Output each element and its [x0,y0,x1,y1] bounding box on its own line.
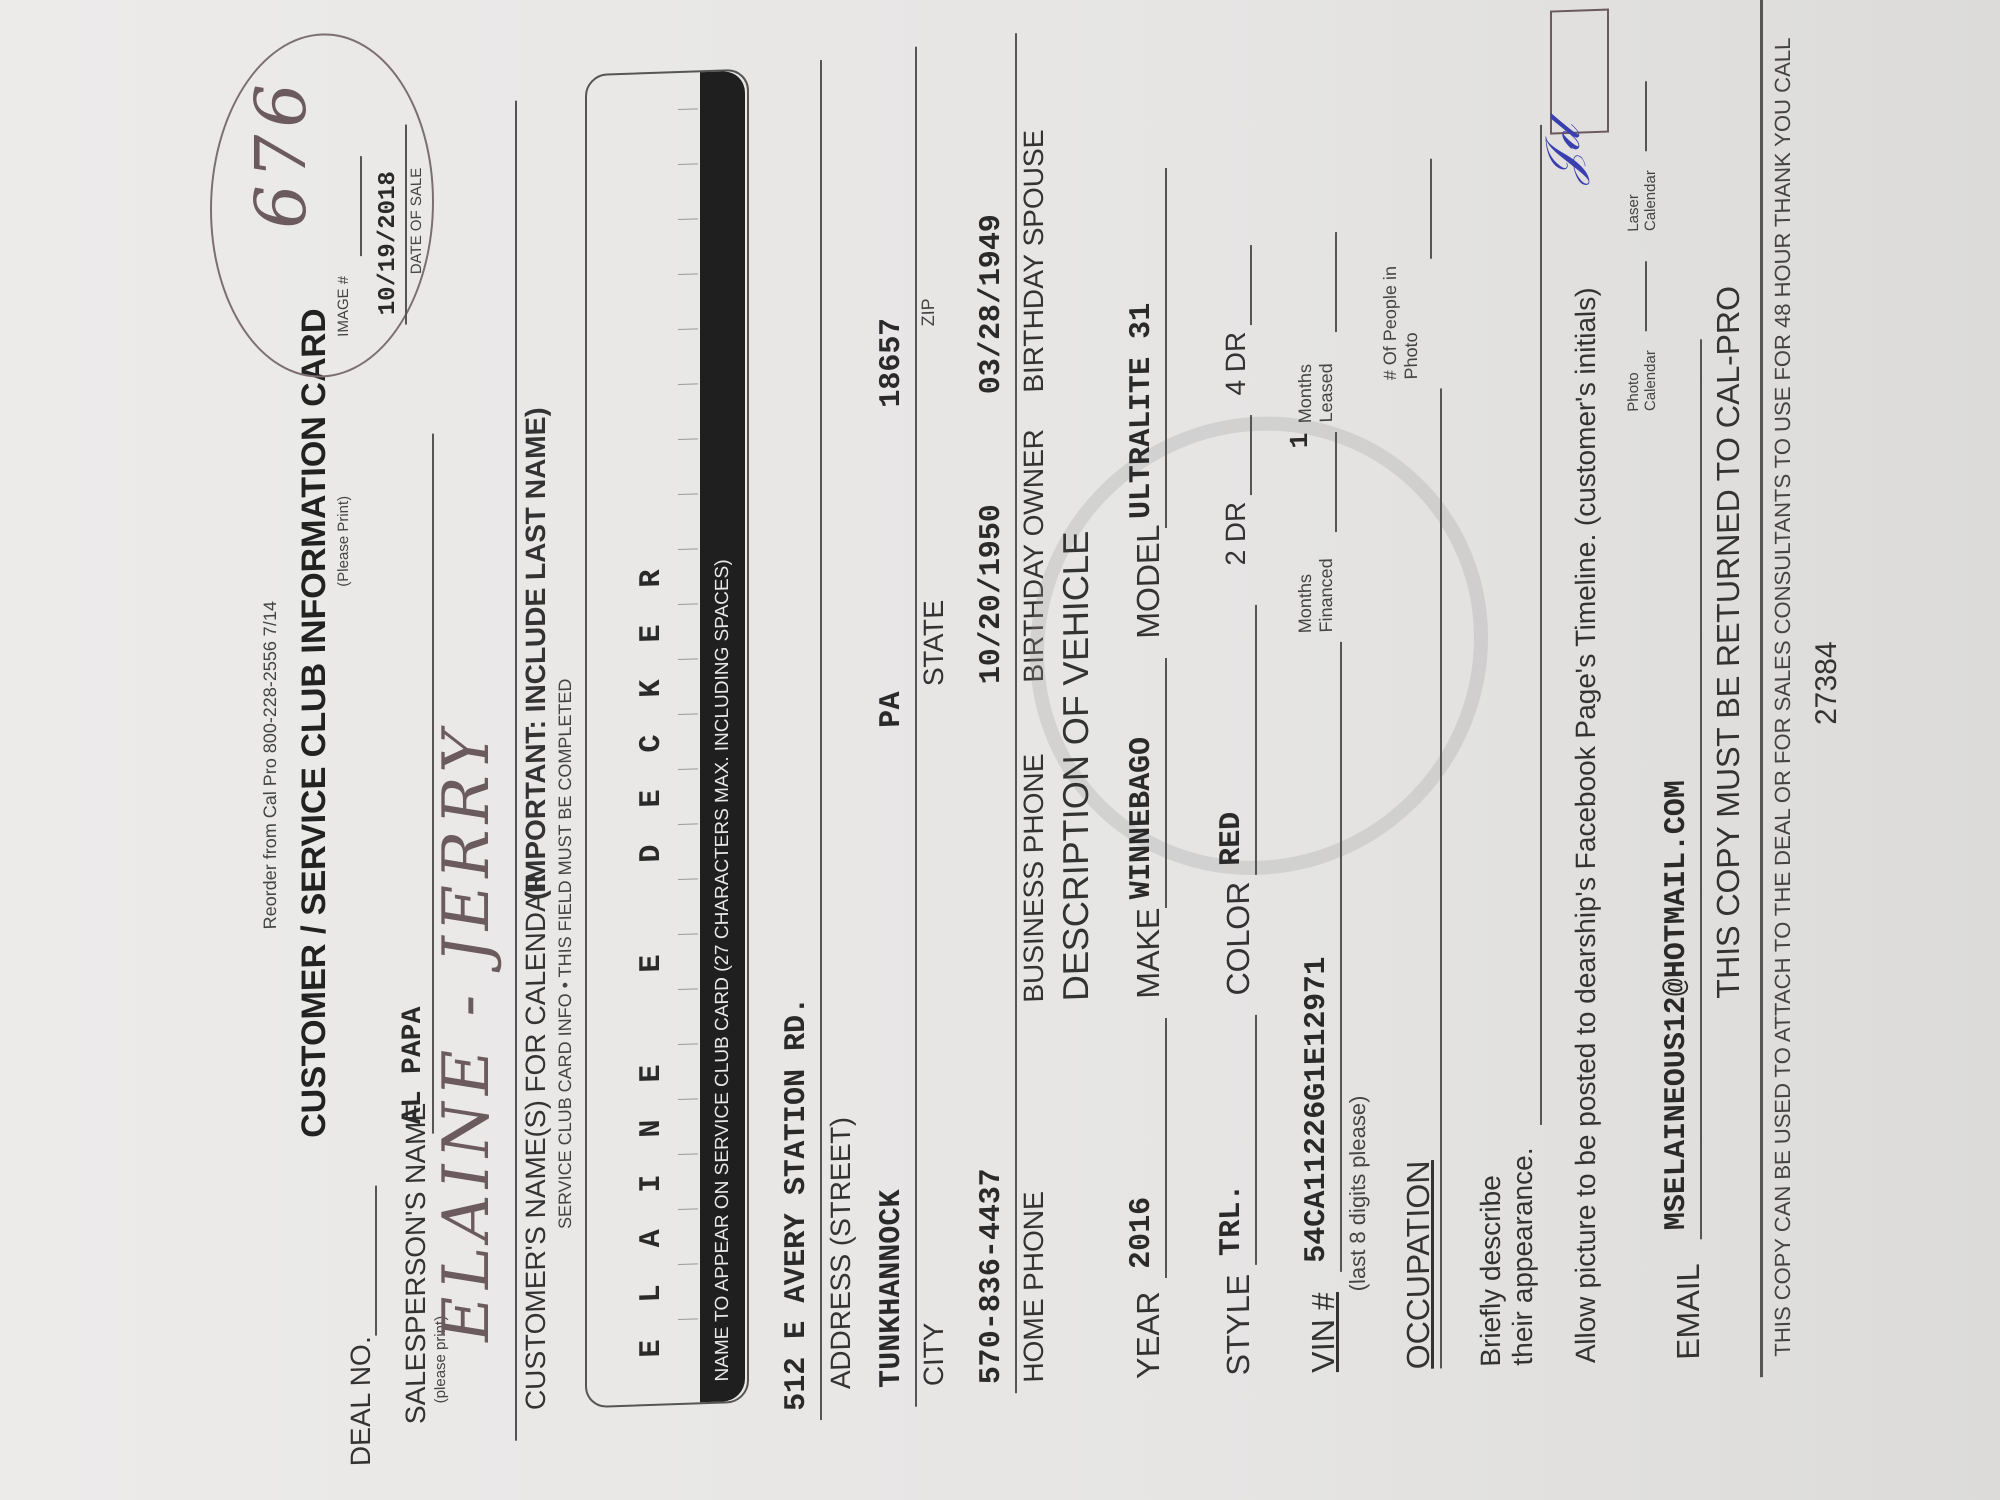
image-field [360,156,362,256]
style-field[interactable] [1255,1015,1257,1265]
vin-sub: (last 8 digits please) [1345,1095,1371,1292]
card-name-letter: R [635,550,669,606]
zip-value: 18657 [875,317,909,408]
appearance-label: Briefly describe their appearance. [1475,1125,1539,1367]
occupation-field[interactable] [1440,388,1442,1368]
card-name-letter: D [635,825,669,881]
email-value: MSELAINEOUS12@HOTMAIL.COM [1660,779,1694,1230]
photo-calendar-field[interactable] [1645,261,1647,331]
zip-label: ZIP [918,298,939,327]
card-name-letter: C [635,715,669,771]
card-name-letter: E [635,935,669,991]
people-in-photo-field[interactable] [1430,159,1432,259]
card-name-letter: K [635,660,669,716]
city-label: CITY [918,1322,950,1387]
deal-no-label: DEAL NO. [345,1336,377,1467]
occupation-label: OCCUPATION [1400,1160,1437,1370]
photo-calendar-label: Photo Calendar [1625,331,1659,412]
vehicle-heading: DESCRIPTION OF VEHICLE [1055,530,1097,1002]
form-title: CUSTOMER / SERVICE CLUB INFORMATION CARD [295,308,334,1139]
two-dr-field[interactable] [1250,415,1252,495]
card-name-letter: L [635,1265,669,1321]
phone-birthday-field[interactable] [1015,33,1017,1393]
card-name-band: NAME TO APPEAR ON SERVICE CLUB CARD (27 … [700,71,745,1403]
footer-notice: THIS COPY CAN BE USED TO ATTACH TO THE D… [1770,37,1796,1357]
customer-names-important: (IMPORTANT: INCLUDE LAST NAME) [520,407,552,901]
style-value: TRL. [1215,1183,1249,1256]
state-value: PA [875,691,909,728]
business-phone-label: BUSINESS PHONE [1018,753,1050,1003]
reorder-note: Reorder from Cal Pro 800-228-2556 7/14 [260,601,281,930]
color-value: RED [1215,811,1249,866]
color-label: COLOR [1220,881,1257,996]
months-leased-value: 1 [1285,432,1315,449]
style-label: STYLE [1220,1273,1257,1376]
birthday-spouse-label: BIRTHDAY SPOUSE [1018,129,1050,393]
return-notice: THIS COPY MUST BE RETURNED TO CAL-PRO [1710,285,1747,999]
months-leased-field[interactable] [1335,232,1337,332]
make-value: WINNEBAGO [1125,736,1159,899]
customer-initials-signature: 𝒥𝒹 [1535,126,1592,185]
home-phone-label: HOME PHONE [1018,1191,1050,1383]
customer-info-card: Reorder from Cal Pro 800-228-2556 7/14 C… [250,0,2000,1470]
address-label: ADDRESS (STREET) [825,1117,857,1390]
customer-names-field[interactable] [515,101,517,1441]
home-phone-value: 570-836-4437 [975,1167,1009,1384]
facebook-label: Allow picture to be posted to dearship's… [1570,287,1602,1364]
card-name-letter: N [635,1100,669,1156]
address-field[interactable] [820,60,822,1420]
four-dr-field[interactable] [1250,245,1252,325]
email-field[interactable] [1700,339,1702,1239]
image-number-handwritten: 676 [240,76,322,230]
months-financed-label: Months Financed [1295,542,1337,633]
appearance-field[interactable] [1540,125,1542,1125]
card-name-letter: E [635,605,669,661]
card-name-letter: A [635,1210,669,1266]
address-value: 512 E AVERY STATION RD. [780,996,814,1411]
card-name-letters[interactable]: ELAINE E DECKER [635,550,669,1376]
vin-label: VIN # [1305,1292,1342,1373]
model-value: ULTRALITE 31 [1125,302,1159,519]
logo-watermark [1030,409,1488,883]
city-value: TUNKHANNOCK [875,1189,909,1388]
form-number: 27384 [1810,641,1844,726]
card-name-letter: E [635,770,669,826]
months-leased-label: Months Leased [1295,332,1337,423]
birthday-owner-value: 10/20/1950 [975,503,1009,684]
paper-background: Reorder from Cal Pro 800-228-2556 7/14 C… [0,0,2000,1500]
year-field[interactable] [1165,1018,1167,1278]
two-dr-label: 2 DR [1220,501,1252,566]
laser-calendar-label: Laser Calendar [1625,151,1659,232]
months-financed-field[interactable] [1335,432,1337,532]
model-field[interactable] [1165,168,1167,528]
salesperson-label: SALESPERSON'S NAME [400,1102,432,1424]
year-value: 2016 [1125,1196,1159,1269]
image-label: IMAGE # [335,276,352,337]
vin-value: 54CA11226G1E12971 [1300,956,1334,1263]
people-in-photo-label: # Of People in Photo [1380,259,1422,380]
card-name-letter: E [635,1045,669,1101]
make-label: MAKE [1130,907,1167,999]
customer-initials-box[interactable] [1550,9,1609,135]
customer-names-label: CUSTOMER'S NAME(S) FOR CALENDAR [520,873,552,1411]
service-club-info: SERVICE CLUB CARD INFO • THIS FIELD MUST… [555,678,576,1229]
deal-no-field[interactable] [375,1186,377,1336]
state-label: STATE [918,599,950,686]
email-label: EMAIL [1670,1263,1707,1360]
date-of-sale-field[interactable] [405,125,407,325]
card-name-letter [635,880,669,936]
date-of-sale-value: 10/19/2018 [375,171,402,316]
footer-divider [1760,0,1763,1377]
card-name-letter: E [635,1320,669,1376]
birthday-spouse-value: 03/28/1949 [975,213,1009,394]
form-title-sub: (Please Print) [335,496,352,587]
card-name-letter: I [635,1155,669,1211]
color-field[interactable] [1255,605,1257,875]
city-state-zip-field[interactable] [915,47,917,1407]
make-field[interactable] [1165,658,1167,908]
customer-names-handwritten: ELAINE - JERRY [430,722,504,1343]
laser-calendar-field[interactable] [1645,81,1647,151]
vin-field[interactable] [1340,642,1342,1272]
date-of-sale-label: DATE OF SALE [408,167,425,274]
model-label: MODEL [1130,524,1167,639]
year-label: YEAR [1130,1291,1167,1379]
four-dr-label: 4 DR [1220,331,1252,396]
salesperson-value: AL PAPA [398,1006,429,1125]
card-name-letter [635,990,669,1046]
